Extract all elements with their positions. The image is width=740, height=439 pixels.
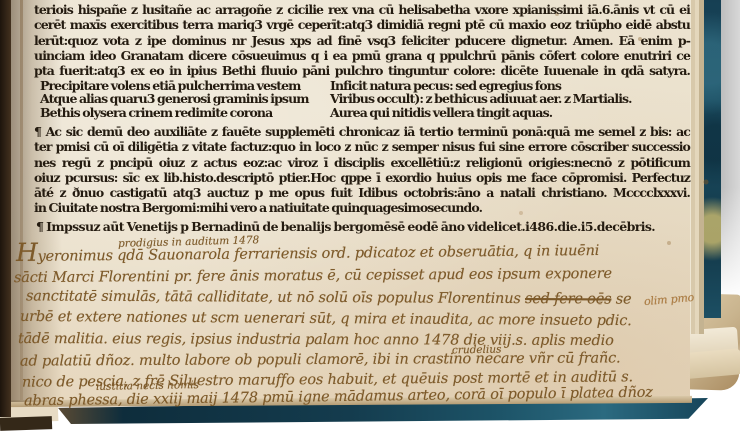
printed-line: lerūt:quoz vota z ipe dominus nr Jesus x… xyxy=(34,33,690,48)
cover-blue-edge-right xyxy=(702,0,721,318)
page-fore-edge-stack xyxy=(688,0,704,334)
printed-paragraph-1: teriois hispañe z lusitañe ac arragoñe z… xyxy=(34,2,690,78)
verse-line: Atque alias quaru3 generosi graminis ips… xyxy=(40,92,309,105)
verse-line: Aurea qui nitidis vellera tingit aquas. xyxy=(330,106,632,119)
colophon-imprint-line: ¶ Impssuz aūt Venetijs p Bernadinū de be… xyxy=(36,219,655,234)
printed-line: nes regū z pncipū oiuz z actus eoz:ac vi… xyxy=(34,155,690,170)
printed-line: pta fuerit:atq3 ex eo in ipius Bethi flu… xyxy=(34,63,690,78)
printed-line: ¶ Ac sic demū deo auxiliāte z fauēte sup… xyxy=(34,124,690,139)
printed-line: āté z ðnuo castigatū atq3 auctuz p me op… xyxy=(34,185,690,200)
printed-line: ter pmisi cū oī diligētia z vitate factu… xyxy=(34,139,690,154)
verse-line: Viribus occult): z bethicus adiuuat aer.… xyxy=(330,92,632,105)
printed-line: oiuz pcursus: sīc ex lib.histo.descriptō… xyxy=(34,170,690,185)
verse-line: Bethis olysera crinem redimite corona xyxy=(40,106,309,119)
shadow-wedge-left xyxy=(0,416,52,431)
manuscript-line-text: sanctitatē simulās, tātā calliditate, ut… xyxy=(26,288,525,307)
verse-left-column: Precipitare volens etiā pulcherrima vest… xyxy=(40,79,309,119)
manuscript-line: tādē malitia. eius regis, ipsius industr… xyxy=(18,331,614,349)
printed-paragraph-2: ¶ Ac sic demū deo auxiliāte z fauēte sup… xyxy=(34,124,690,216)
book-photo: { "colors": { "page_cream": "#eae1cc", "… xyxy=(0,0,740,439)
verse-line: Inficit natura pecus: sed egregius fons xyxy=(330,79,632,92)
manuscript-line: ad palatiū dñoz. multo labore ob populi … xyxy=(20,350,620,369)
verse-line: Precipitare volens etiā pulcherrima vest… xyxy=(40,79,309,92)
printed-line: cerēt maxīs exercitibus terra mariq3 vrg… xyxy=(34,17,690,32)
printed-line: uinciam ideo Granatam dicere cōsueuimus … xyxy=(34,48,690,63)
manuscript-line-text: se xyxy=(611,291,631,307)
verse-right-column: Inficit natura pecus: sed egregius fons … xyxy=(330,79,632,119)
book-gutter xyxy=(0,0,11,417)
manuscript-struck-text: sed fere oēs xyxy=(525,291,611,307)
manuscript-initial: H xyxy=(16,238,38,267)
printed-line: in Ciuitate nostra Bergomi:mihi vero a n… xyxy=(34,200,690,215)
printed-line: teriois hispañe z lusitañe ac arragoñe z… xyxy=(34,2,690,17)
paper-speckles xyxy=(0,0,2,2)
manuscript-line: sanctitatē simulās, tātā calliditate, ut… xyxy=(26,288,631,307)
